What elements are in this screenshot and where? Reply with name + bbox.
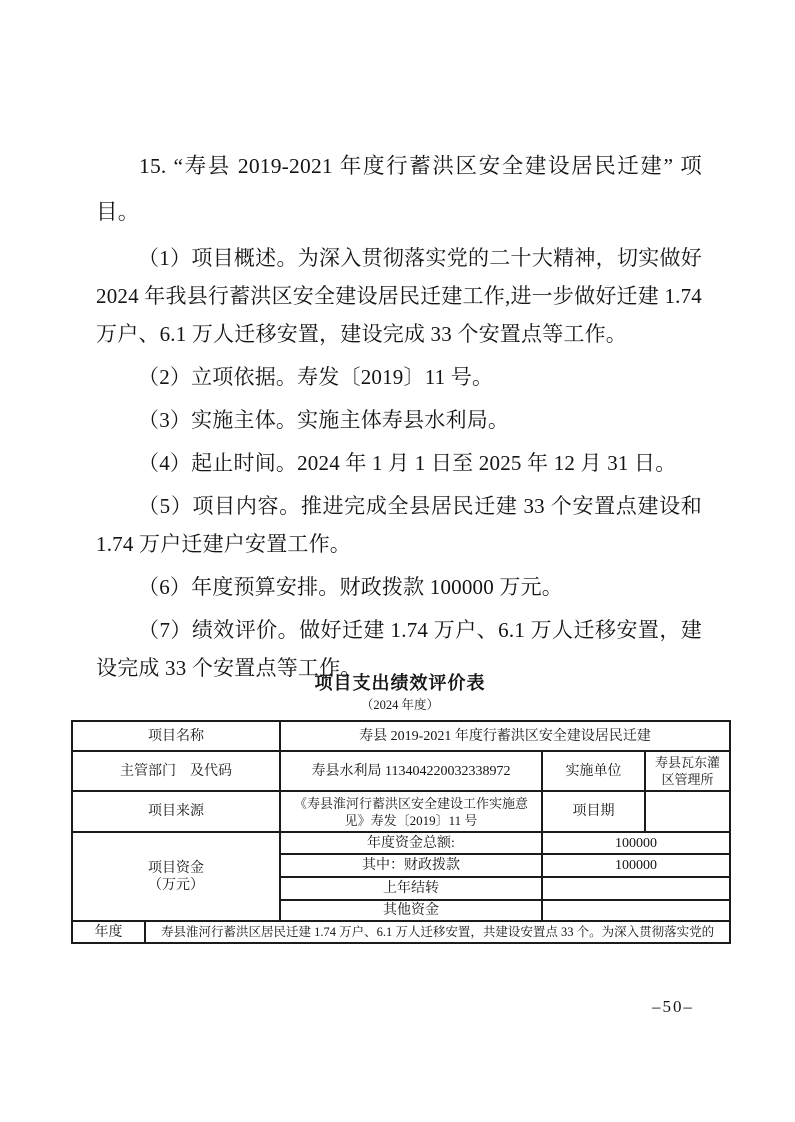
- cell-fund-carryover-value: [542, 877, 730, 900]
- cell-dept-label: 主管部门 及代码: [72, 751, 280, 791]
- cell-fund-fiscal-value: 100000: [542, 854, 730, 877]
- paragraph-annual-budget: （6）年度预算安排。财政拨款 100000 万元。: [96, 568, 702, 606]
- paragraph-implementing-body: （3）实施主体。实施主体寿县水利局。: [96, 401, 702, 439]
- cell-funds-label: 项目资金 （万元）: [72, 832, 280, 921]
- cell-source-value: 《寿县淮河行蓄洪区安全建设工作实施意见》寿发〔2019〕11 号: [280, 791, 542, 832]
- evaluation-table-block: 项目支出绩效评价表 （2024 年度） 项目名称 寿县 2019-2021 年度…: [71, 671, 729, 944]
- funds-label-line2: （万元）: [77, 877, 275, 894]
- table-row: 年度 寿县淮河行蓄洪区居民迁建 1.74 万户、6.1 万人迁移安置，共建设安置…: [72, 921, 730, 943]
- table-row: 主管部门 及代码 寿县水利局 113404220032338972 实施单位 寿…: [72, 751, 730, 791]
- cell-annual-value: 寿县淮河行蓄洪区居民迁建 1.74 万户、6.1 万人迁移安置，共建设安置点 3…: [145, 921, 730, 943]
- table-row: 项目名称 寿县 2019-2021 年度行蓄洪区安全建设居民迁建: [72, 721, 730, 751]
- cell-fund-total-label: 年度资金总额:: [280, 832, 542, 854]
- funds-label-line1: 项目资金: [77, 860, 275, 877]
- performance-evaluation-table: 项目名称 寿县 2019-2021 年度行蓄洪区安全建设居民迁建 主管部门 及代…: [71, 720, 731, 944]
- cell-fund-carryover-label: 上年结转: [280, 877, 542, 900]
- document-page: 15. “寿县 2019-2021 年度行蓄洪区安全建设居民迁建” 项目。 （1…: [0, 0, 795, 1122]
- cell-annual-label: 年度: [72, 921, 145, 943]
- paragraph-approval-basis: （2）立项依据。寿发〔2019〕11 号。: [96, 358, 702, 396]
- paragraph-project-content: （5）项目内容。推进完成全县居民迁建 33 个安置点建设和 1.74 万户迁建户…: [96, 487, 702, 563]
- table-title: 项目支出绩效评价表: [71, 671, 729, 696]
- cell-project-name-value: 寿县 2019-2021 年度行蓄洪区安全建设居民迁建: [280, 721, 730, 751]
- body-text-block: 15. “寿县 2019-2021 年度行蓄洪区安全建设居民迁建” 项目。 （1…: [96, 143, 702, 692]
- cell-impl-unit-label: 实施单位: [542, 751, 645, 791]
- cell-period-value: [645, 791, 730, 832]
- cell-impl-unit-value: 寿县瓦东灌区管理所: [645, 751, 730, 791]
- cell-period-label: 项目期: [542, 791, 645, 832]
- section-heading: 15. “寿县 2019-2021 年度行蓄洪区安全建设居民迁建” 项目。: [96, 143, 702, 235]
- table-row: 项目来源 《寿县淮河行蓄洪区安全建设工作实施意见》寿发〔2019〕11 号 项目…: [72, 791, 730, 832]
- cell-source-label: 项目来源: [72, 791, 280, 832]
- table-subtitle: （2024 年度）: [71, 696, 729, 714]
- cell-fund-other-value: [542, 900, 730, 921]
- table-row: 项目资金 （万元） 年度资金总额: 100000: [72, 832, 730, 854]
- cell-dept-value: 寿县水利局 113404220032338972: [280, 751, 542, 791]
- cell-project-name-label: 项目名称: [72, 721, 280, 751]
- cell-fund-other-label: 其他资金: [280, 900, 542, 921]
- paragraph-time-span: （4）起止时间。2024 年 1 月 1 日至 2025 年 12 月 31 日…: [96, 444, 702, 482]
- cell-fund-total-value: 100000: [542, 832, 730, 854]
- paragraph-project-overview: （1）项目概述。为深入贯彻落实党的二十大精神，切实做好 2024 年我县行蓄洪区…: [96, 239, 702, 353]
- cell-fund-fiscal-label: 其中：财政拨款: [280, 854, 542, 877]
- page-number: –50–: [652, 997, 694, 1017]
